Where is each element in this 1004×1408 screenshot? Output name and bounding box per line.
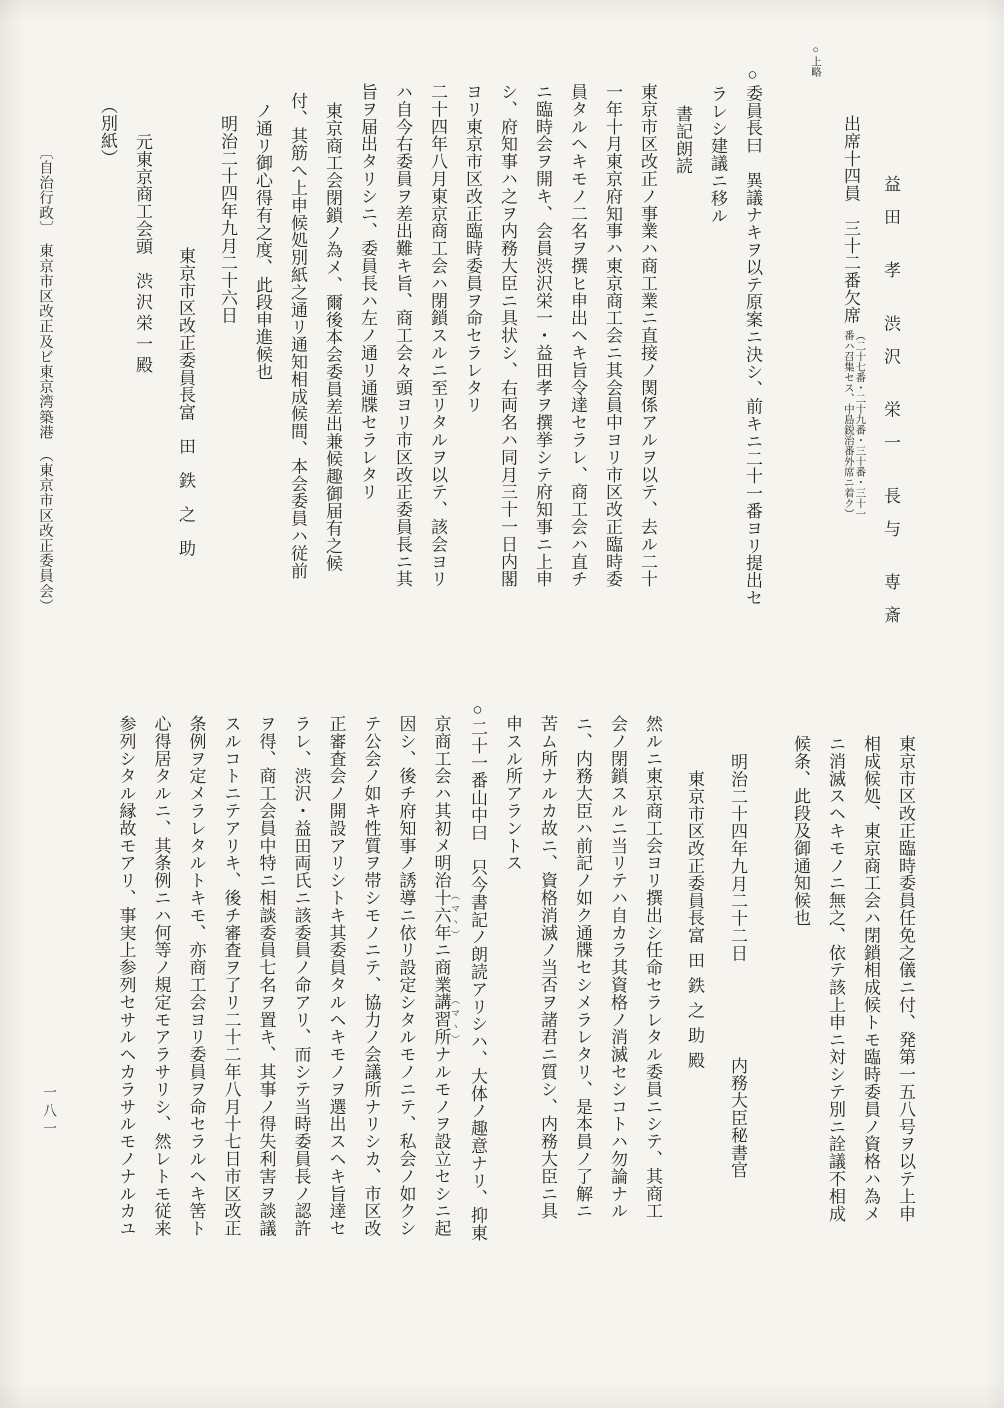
minutes-line: ニ臨時会ヲ開キ、会員渋沢栄一・益田孝ヲ撰挙シテ府知事ニ上申 — [525, 83, 560, 639]
recipient-name: 渋沢栄一殿 — [133, 272, 152, 377]
quoted-notice-line: 東京市区改正臨時委員任免之儀ニ付、発第一五八号ヲ以テ上申 — [888, 735, 923, 1241]
sender-line: 東京市区改正委員長富田鉄之助 — [168, 247, 203, 639]
speech-line: ヲ得、商工会員中特ニ相談委員七名ヲ置キ、其事ノ得失利害ヲ談議 — [249, 715, 284, 1241]
warichu-line-2: 番ハ召集セス、中島鋭治番外席ニ着ク） — [842, 330, 854, 519]
minutes-line: 然ルニ東京商工会ヨリ撰出シ任命セラレタル委員ニシテ、其商工 — [635, 715, 670, 1241]
top-text-block: 益田 孝 渋沢 栄一 長与 専斎 出席十四員 三十二番欠席（二十七番・二十九番・… — [27, 45, 908, 639]
bottom-text-block: 東京市区改正臨時委員任免之儀ニ付、発第一五八号ヲ以テ上申 相成候処、東京商工会ハ… — [109, 700, 924, 1241]
speech-line: 正審査会ノ開設アリシトキ其委員タルヘキモノヲ選出スヘキ旨達セ — [319, 715, 354, 1241]
quoted-notice-line: ノ通リ御心得有之度、此段申進候也 — [245, 102, 280, 639]
attendance-line: 出席十四員 三十二番欠席（二十七番・二十九番・三十番・三十一番ハ召集セス、中島鋭… — [833, 115, 868, 639]
speech-line: テ公会ノ如キ性質ヲ帯シモノニテ、協力ノ会議所ナリシカ、市区改 — [354, 715, 389, 1241]
minutes-line: シ、府知事ハ之ヲ内務大臣ニ具状シ、右両名ハ同月三十一日内閣 — [490, 83, 525, 639]
chair-statement-line: ラレシ建議ニ移ル — [700, 85, 735, 639]
speech-text: ニ商業 — [432, 941, 451, 993]
minutes-line: 二十四年八月東京商工会ハ閉鎖スルニ至リタルヲ以テ、該会ヨリ — [420, 83, 455, 639]
sic-annotated-text: 十六年（マヽ） — [432, 889, 451, 941]
minutes-line: 一年十月東京府知事ハ東京商工会ニ其会員中ヨリ市区改正臨時委 — [595, 83, 630, 639]
vertical-spacer — [737, 962, 738, 1057]
speech-line-with-sic-notes: 京商工会ハ其初メ明治十六年（マヽ）ニ商業講習所（マヽ）ナルモノヲ設立セシニ起 — [424, 715, 461, 1241]
speech-text: ナルモノヲ設立セシニ起 — [432, 1046, 451, 1237]
speech-text: 十六年 — [432, 889, 451, 941]
speech-line: スルコトニテアリキ、後チ審査ヲ了リ二十二年八月十七日市区改正 — [214, 715, 249, 1241]
minutes-line: ニ、内務大臣ハ前記ノ如ク通牒セシメラレタリ、是本員ノ了解ニ — [565, 715, 600, 1241]
sender-title: 東京市区改正委員長 — [176, 247, 195, 404]
notice-date: 明治二十四年九月二十二日 — [728, 753, 747, 962]
speech-line: 因シ、後チ府知事ノ誘導ニ依リ設定シタルモノニテ、私会ノ如クシ — [389, 715, 424, 1241]
speech-text: 講習所 — [432, 993, 451, 1045]
attendance-warichu-note: （二十七番・二十九番・三十番・三十一番ハ召集セス、中島鋭治番外席ニ着ク） — [842, 330, 865, 519]
quoted-notice-line: 候条、此段及御通知候也 — [783, 735, 818, 1241]
attendee-names-line: 益田 孝 渋沢 栄一 長与 専斎 — [873, 175, 908, 639]
speech-line: 心得居タルニ、其条例ニハ何等ノ規定モアラサリシ、然レトモ従来 — [144, 715, 179, 1241]
clerk-reading-heading: 書記朗読 — [665, 105, 700, 639]
notice-date-and-sender-line: 明治二十四年九月二十二日内務大臣秘書官 — [720, 753, 755, 1241]
speech-line: 参列シタル縁故モアリ、事実上参列セサルヘカラサルモノナルカユ — [109, 715, 144, 1241]
sic-note: （マヽ） — [450, 993, 460, 1045]
notice-sender: 内務大臣秘書官 — [728, 1057, 747, 1179]
chair-statement-line: ○委員長曰 異議ナキヲ以テ原案ニ決シ、前キニ二十一番ヨリ提出セ — [735, 65, 770, 639]
recipient-title: 東京市区改正委員長 — [685, 770, 704, 927]
recipient-name: 富田鉄之助殿 — [685, 927, 704, 1077]
warichu-line-1: （二十七番・二十九番・三十番・三十一 — [854, 330, 866, 519]
category-heading: 〔自治行政〕 東京市区改正及ビ東京湾築港 （東京市区改正委員会） — [27, 145, 62, 639]
recipient-line: 東京市区改正委員長富田鉄之助殿 — [677, 770, 712, 1241]
sender-name: 富田鉄之助 — [176, 404, 195, 574]
attachment-label: （別紙） — [90, 97, 125, 639]
minutes-line: 東京市区改正ノ事業ハ商工業ニ直接ノ関係アルヲ以テ、去ル二十 — [630, 83, 665, 639]
omission-note: ○上略 — [798, 45, 833, 639]
quoted-notice-line: 付、其筋へ上申候処別紙之通リ通知相成候間、本会委員ハ従前 — [280, 92, 315, 639]
minutes-line: 会ノ閉鎖スルニ当リテハ自カラ其資格ノ消滅セシコトハ勿論ナル — [600, 715, 635, 1241]
sic-annotated-text: 講習所（マヽ） — [432, 993, 451, 1045]
recipient-line: 元東京商工会頭 渋沢栄一殿 — [125, 133, 160, 639]
speech-text: 京商工会ハ其初メ明治 — [432, 715, 451, 889]
speech-line: 条例ヲ定メラレタルトキモ、亦商工会ヨリ委員ヲ命セラルヘキ筈ト — [179, 715, 214, 1241]
quoted-notice-line: 相成候処、東京商工会ハ閉鎖相成候トモ臨時委員ノ資格ハ為メ — [853, 735, 888, 1241]
minutes-line: 苦ム所ナルカ故ニ、資格消滅ノ当否ヲ諸君ニ質シ、内務大臣ニ具 — [530, 715, 565, 1241]
speech-line: ○二十一番山中曰 只今書記ノ朗読アリシハ、大体ノ趣意ナリ、抑東 — [460, 700, 495, 1241]
scanned-minutes-page: 益田 孝 渋沢 栄一 長与 専斎 出席十四員 三十二番欠席（二十七番・二十九番・… — [0, 0, 1004, 1408]
page-number: 一八一 — [38, 1085, 58, 1139]
minutes-line: 員タルヘキモノ二名ヲ撰ヒ申出ヘキ旨令達セラレ、商工会ハ直チ — [560, 83, 595, 639]
quote-date-line: 明治二十四年九月二十六日 — [210, 115, 245, 639]
minutes-line: ヨリ東京市区改正臨時委員ヲ命セラレタリ — [455, 83, 490, 639]
sic-note: （マヽ） — [450, 889, 460, 941]
quoted-notice-line: 東京商工会閉鎖ノ為メ、爾後本会委員差出兼候趣御届有之候 — [315, 102, 350, 639]
minutes-line: ハ自今右委員ヲ差出難キ旨、商工会々頭ヨリ市区改正委員長ニ其 — [385, 83, 420, 639]
speech-line: ラレ、渋沢・益田両氏ニ該委員ノ命アリ、而シテ当時委員長ノ認許 — [284, 715, 319, 1241]
attendance-summary: 出席十四員 三十二番欠席 — [841, 115, 860, 324]
recipient-title: 元東京商工会頭 — [133, 133, 152, 272]
quoted-notice-line: ニ消滅スヘキモノニ無之、依テ該上申ニ対シテ別ニ詮議不相成 — [818, 735, 853, 1241]
minutes-line: 申スル所アラントス — [495, 715, 530, 1241]
minutes-line: 旨ヲ届出タリシニ、委員長ハ左ノ通リ通牒セラレタリ — [350, 83, 385, 639]
